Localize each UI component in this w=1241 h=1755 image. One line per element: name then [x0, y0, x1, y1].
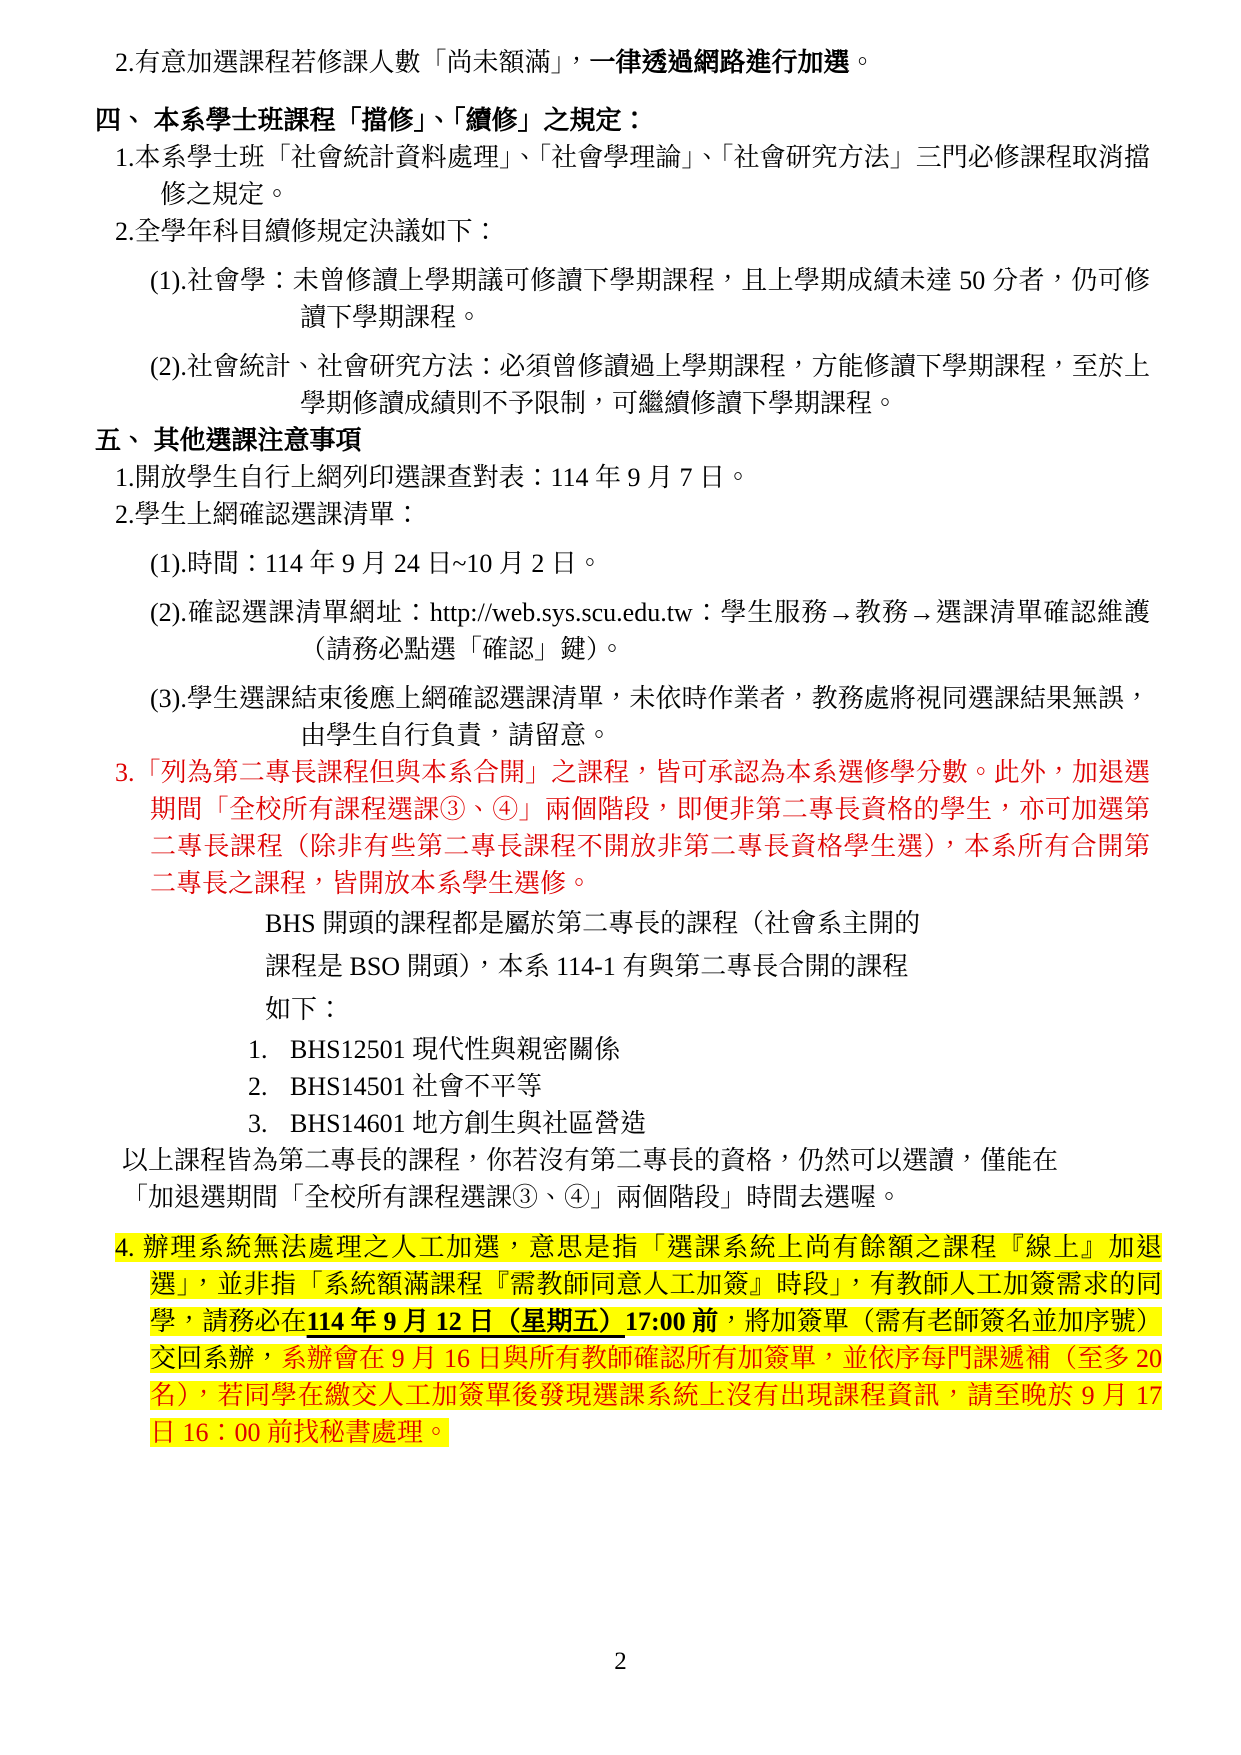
- section4-heading: 四、 本系學士班課程「擋修」、「續修」之規定：: [95, 102, 1241, 139]
- page-number: 2: [0, 1643, 1241, 1680]
- bhs-course-number: 2.: [248, 1068, 290, 1105]
- bhs-course-item: 1.BHS12501 現代性與親密關係: [248, 1031, 1241, 1068]
- second-specialty-note-line2: 「加退選期間「全校所有課程選課③、④」兩個階段」時間去選喔。: [122, 1179, 1152, 1216]
- bhs-course-title: BHS14501 社會不平等: [290, 1072, 542, 1101]
- bhs-course-number: 3.: [248, 1105, 290, 1142]
- section5-heading: 五、 其他選課注意事項: [95, 422, 1241, 459]
- second-specialty-note-line1: 以上課程皆為第二專長的課程，你若沒有第二專長的資格，仍然可以選讀，僅能在: [122, 1142, 1152, 1179]
- bhs-course-title: BHS14601 地方創生與社區營造: [290, 1109, 646, 1138]
- paragraph-online-add-rule: 2.有意加選課程若修課人數「尚未額滿」，一律透過網路進行加選。: [115, 44, 1150, 81]
- manual-add-deadline-date: 114 年 9 月 12 日（星期五）: [307, 1307, 625, 1336]
- section5-item2-confirm-list: 2.學生上網確認選課清單：: [115, 496, 1150, 533]
- bhs-course-title: BHS12501 現代性與親密關係: [290, 1035, 620, 1064]
- manual-add-office-note-red: 系辦會在 9 月 16 日與所有教師確認所有加簽單，並依序每門課遞補（至多 20…: [150, 1344, 1162, 1447]
- bhs-intro-paragraph: BHS 開頭的課程都是屬於第二專長的課程（社會系主開的課程是 BSO 開頭），本…: [265, 902, 930, 1031]
- manual-add-deadline-time: 17:00 前: [625, 1307, 718, 1336]
- section5-sub3-responsibility: (3).學生選課結束後應上網確認選課清單，未依時作業者，教務處將視同選課結果無誤…: [300, 680, 1150, 754]
- section4-item1: 1.本系學士班「社會統計資料處理」、「社會學理論」、「社會研究方法」三門必修課程…: [160, 139, 1150, 213]
- online-add-rule-bold: 一律透過網路進行加選: [590, 48, 850, 77]
- section5-sub1-time: (1).時間：114 年 9 月 24 日~10 月 2 日。: [300, 545, 1150, 582]
- section5-sub2-confirm-url: (2).確認選課清單網址：http://web.sys.scu.edu.tw：學…: [300, 594, 1150, 668]
- section5-item3-second-specialty-note: 3.「列為第二專長課程但與本系合開」之課程，皆可承認為本系選修學分數。此外，加退…: [150, 754, 1150, 902]
- online-add-rule-tail: 。: [850, 48, 876, 77]
- bhs-course-number: 1.: [248, 1031, 290, 1068]
- document-content: 2.有意加選課程若修課人數「尚未額滿」，一律透過網路進行加選。 四、 本系學士班…: [0, 0, 1241, 1451]
- section4-sub2-statistics: (2).社會統計、社會研究方法：必須曾修讀過上學期課程，方能修讀下學期課程，至於…: [300, 348, 1150, 422]
- online-add-rule-text: 2.有意加選課程若修課人數「尚未額滿」，: [115, 48, 590, 77]
- section4-sub1-sociology: (1).社會學：未曾修讀上學期議可修讀下學期課程，且上學期成績未達 50 分者，…: [300, 262, 1150, 336]
- section5-item4-manual-add-highlighted: 4. 辦理系統無法處理之人工加選，意思是指「選課系統上尚有餘額之課程『線上』加退…: [150, 1229, 1162, 1451]
- document-page: 2.有意加選課程若修課人數「尚未額滿」，一律透過網路進行加選。 四、 本系學士班…: [0, 0, 1241, 1755]
- bhs-course-item: 2.BHS14501 社會不平等: [248, 1068, 1241, 1105]
- section5-item1-checklist-date: 1.開放學生自行上網列印選課查對表：114 年 9 月 7 日。: [115, 459, 1150, 496]
- bhs-course-item: 3.BHS14601 地方創生與社區營造: [248, 1105, 1241, 1142]
- section4-item2: 2.全學年科目續修規定決議如下：: [115, 213, 1150, 250]
